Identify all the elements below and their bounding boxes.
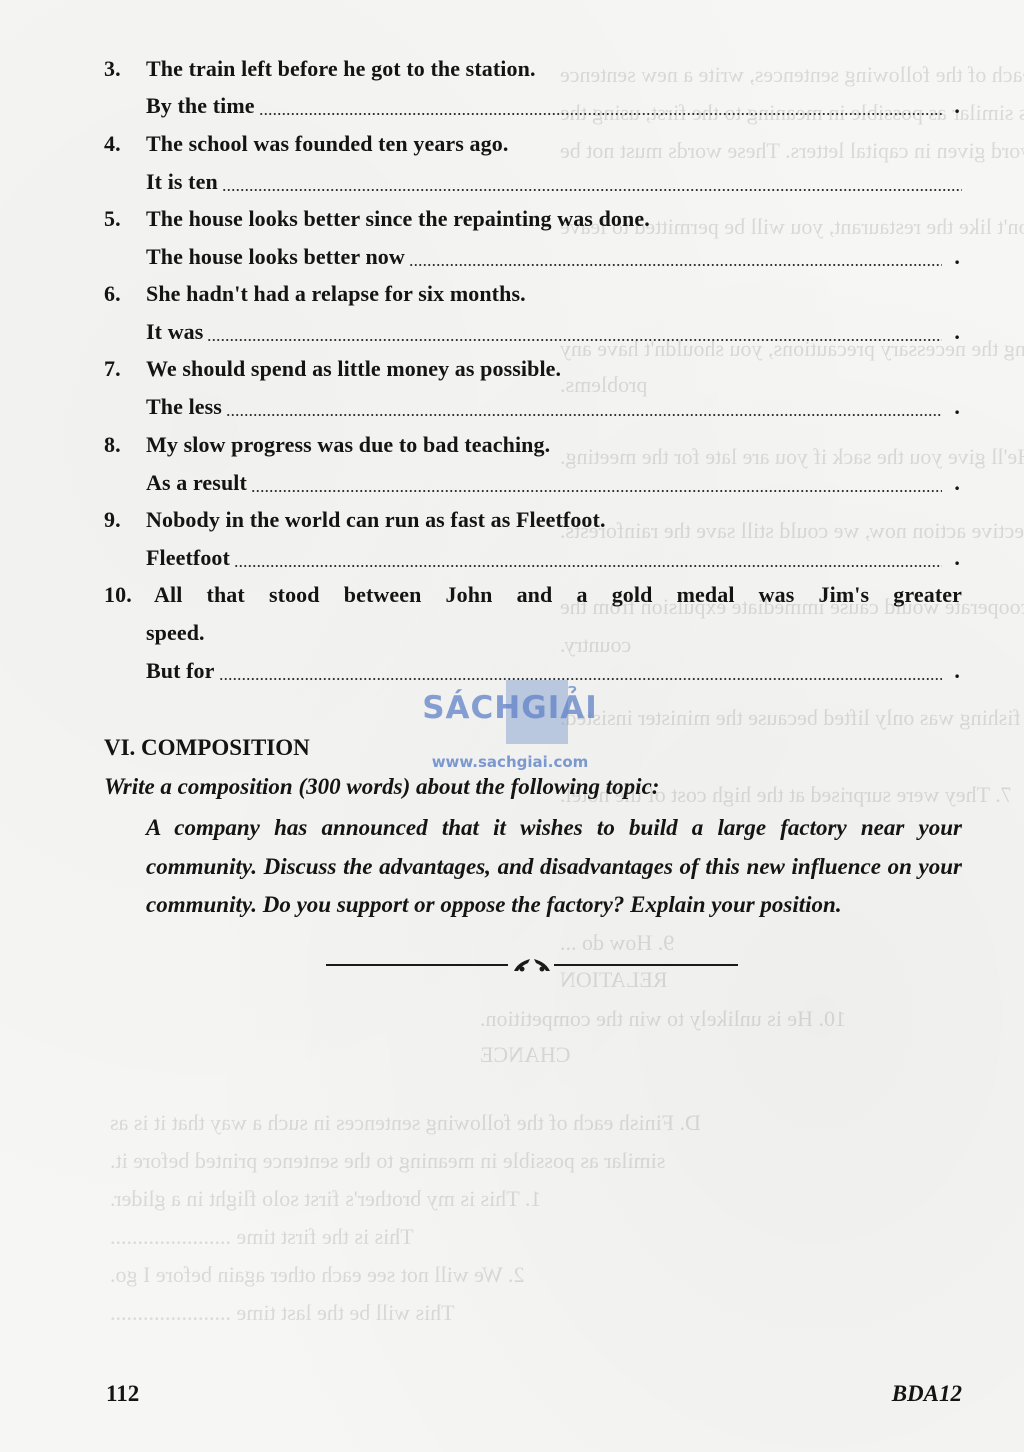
answer-line: As a result . <box>104 466 962 500</box>
answer-lead: It is ten <box>146 165 222 199</box>
exercise-question: 6. She hadn't had a relapse for six mont… <box>104 277 962 311</box>
answer-lead: The less <box>146 390 226 424</box>
exercise-question: 7. We should spend as little money as po… <box>104 352 962 386</box>
exercise-question: 9. Nobody in the world can run as fast a… <box>104 503 962 537</box>
section-title: VI. COMPOSITION <box>104 731 310 765</box>
exercise-number: 6. <box>104 277 121 311</box>
question-text: She hadn't had a relapse for six months. <box>146 277 526 311</box>
exercise-number: 4. <box>104 127 121 161</box>
answer-lead: By the time <box>146 89 259 123</box>
question-text: We should spend as little money as possi… <box>146 352 561 386</box>
exercise-number: 5. <box>104 202 121 236</box>
question-text: speed. <box>146 616 205 650</box>
answer-lead: The house looks better now <box>146 240 409 274</box>
answer-lead: Fleetfoot <box>146 541 234 575</box>
answer-blank[interactable] <box>409 240 942 274</box>
answer-line: It is ten <box>104 165 962 199</box>
sachgiai-watermark: SÁCHGIẢI www.sachgiai.com <box>410 676 610 772</box>
composition-instruction: Write a composition (300 words) about th… <box>104 770 659 804</box>
exercise-question: 8. My slow progress was due to bad teach… <box>104 428 962 462</box>
question-text: The house looks better since the repaint… <box>146 202 650 236</box>
answer-blank[interactable] <box>234 541 942 575</box>
answer-blank[interactable] <box>251 466 942 500</box>
question-text: All that stood between John and a gold m… <box>154 578 962 612</box>
answer-line: By the time . <box>104 89 962 123</box>
answer-blank[interactable] <box>259 89 942 123</box>
question-text: The school was founded ten years ago. <box>146 127 508 161</box>
exercise-number: 7. <box>104 352 121 386</box>
question-text: The train left before he got to the stat… <box>146 52 536 86</box>
answer-blank[interactable] <box>222 165 962 199</box>
exercise-number: 9. <box>104 503 121 537</box>
question-text: My slow progress was due to bad teaching… <box>146 428 550 462</box>
exercise-question: 5. The house looks better since the repa… <box>104 202 962 236</box>
answer-lead: It was <box>146 315 207 349</box>
answer-line: The house looks better now . <box>104 240 962 274</box>
exercise-number: 8. <box>104 428 121 462</box>
question-text: Nobody in the world can run as fast as F… <box>146 503 606 537</box>
answer-blank[interactable] <box>226 390 942 424</box>
exercise-question-continued: speed. <box>104 616 962 650</box>
answer-blank[interactable] <box>207 315 942 349</box>
watermark-url: www.sachgiai.com <box>424 753 596 771</box>
answer-line: The less . <box>104 390 962 424</box>
watermark-brand: SÁCHGIẢI <box>410 690 610 726</box>
document-page: C. For each of the following sentences, … <box>0 0 1024 1452</box>
answer-lead: As a result <box>146 466 251 500</box>
answer-line: Fleetfoot . <box>104 541 962 575</box>
ornament-icon <box>510 953 554 977</box>
answer-lead: But for <box>146 654 219 688</box>
composition-topic: A company has announced that it wishes t… <box>146 809 962 925</box>
ornamental-divider <box>326 953 738 977</box>
exercise-question: 3. The train left before he got to the s… <box>104 52 962 86</box>
exercise-number: 3. <box>104 52 121 86</box>
answer-line: It was . <box>104 315 962 349</box>
book-code: BDA12 <box>892 1378 962 1410</box>
page-number: 112 <box>106 1378 139 1410</box>
exercise-question: 4. The school was founded ten years ago. <box>104 127 962 161</box>
exercise-number: 10. <box>104 578 132 612</box>
exercise-question: 10. All that stood between John and a go… <box>104 578 962 612</box>
